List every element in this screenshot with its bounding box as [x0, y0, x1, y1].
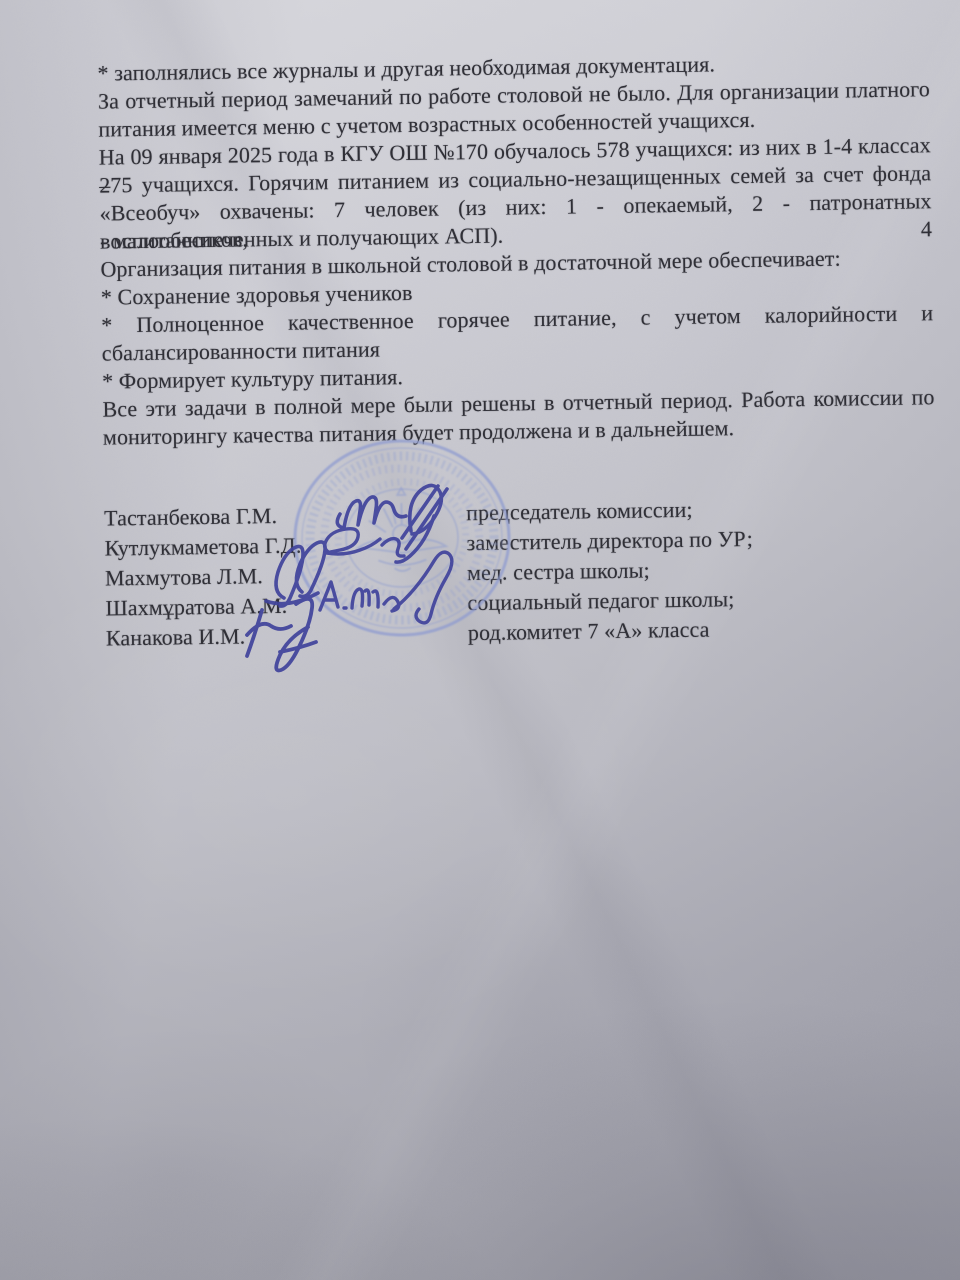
signatory-role: мед. сестра школы;: [467, 555, 650, 588]
signatory-name: Канакова И.М.: [106, 623, 246, 650]
signatory-name: Кутлукмаметова Г.Д.: [104, 533, 301, 561]
signatory-role: председатель комиссии;: [466, 495, 693, 528]
signatory-role: род.комитет 7 «А» класса: [468, 615, 710, 649]
report-page: * заполнялись все журналы и другая необх…: [0, 0, 960, 1280]
signatory-name: Шахмұратова А.М.: [105, 593, 287, 621]
document-photo: * заполнялись все журналы и другая необх…: [0, 0, 960, 1280]
signature-block: Тастанбекова Г.М. председатель комиссии;…: [104, 491, 938, 653]
signatory-role: социальный педагог школы;: [467, 584, 734, 618]
report-body: * заполнялись все журналы и другая необх…: [97, 47, 935, 451]
signatory-role: заместитель директора по УР;: [466, 524, 753, 558]
signatory-name: Махмутова Л.М.: [105, 563, 263, 590]
signatory-name: Тастанбекова Г.М.: [104, 503, 277, 531]
